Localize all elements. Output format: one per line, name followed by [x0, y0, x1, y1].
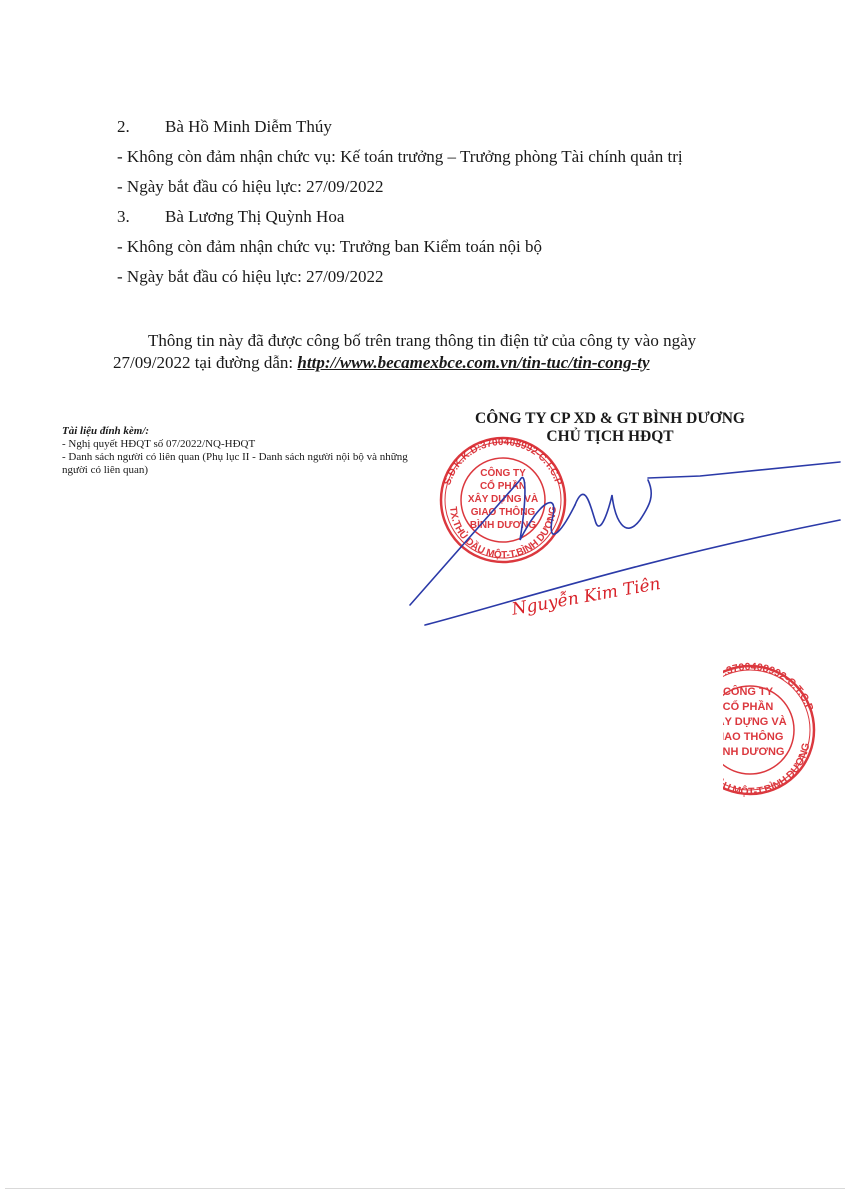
svg-text:XÂY DỰNG VÀ: XÂY DỰNG VÀ	[709, 715, 786, 728]
svg-text:GIAO THÔNG: GIAO THÔNG	[471, 505, 536, 518]
svg-text:GIAO THÔNG: GIAO THÔNG	[713, 730, 784, 743]
page-edge-mask	[722, 640, 723, 820]
scan-edge-line	[5, 1188, 845, 1189]
signature-graphics: S.Đ.K.K.D:3700408992-C.T.C.P TX.THỦ DẦU …	[0, 0, 849, 1200]
svg-text:CÔNG TY: CÔNG TY	[480, 466, 526, 479]
svg-text:S.Đ.K.K.D:3700408992-C.T.C.P: S.Đ.K.K.D:3700408992-C.T.C.P	[442, 437, 564, 487]
svg-text:CỔ PHẦN: CỔ PHẦN	[723, 700, 774, 713]
svg-text:CÔNG TY: CÔNG TY	[723, 685, 774, 698]
